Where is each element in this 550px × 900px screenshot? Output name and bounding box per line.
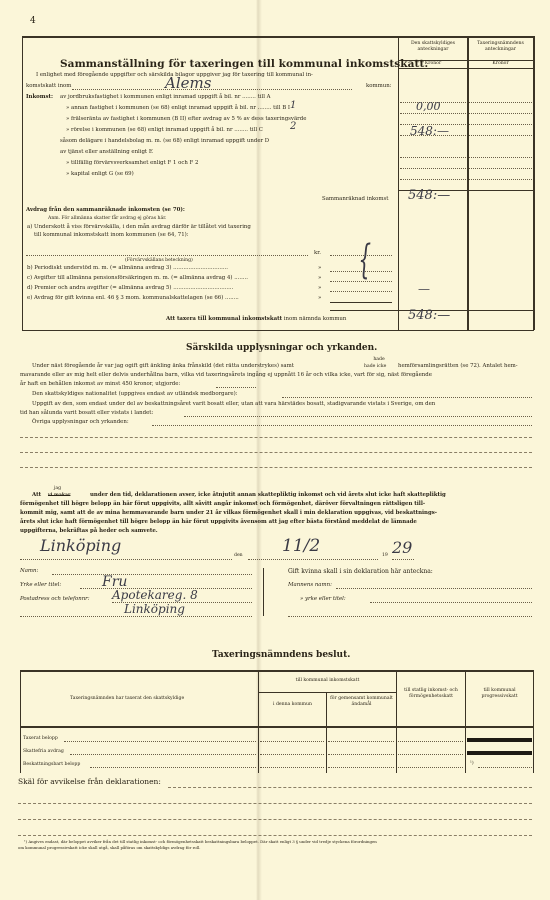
page-number: 4 bbox=[30, 16, 36, 26]
decision-row-header: Taxeringsnämnden har taxerat den skattsk… bbox=[70, 696, 184, 702]
title-label: Yrke eller titel: bbox=[20, 582, 61, 589]
intro-suffix: kommun: bbox=[366, 83, 392, 90]
section1-title: Sammanställning för taxeringen till komm… bbox=[60, 58, 428, 70]
decision-group-header: till kommunal inkomstskatt bbox=[259, 678, 396, 684]
taxable-field-3[interactable] bbox=[398, 767, 463, 768]
value-business[interactable]: 548:— bbox=[410, 124, 449, 138]
place-handwritten[interactable]: Linköping bbox=[40, 536, 121, 555]
residence-line-2: tid han sålunda varit bosatt eller vista… bbox=[20, 410, 153, 417]
income-row-2: » annan fastighet i kommunen (se 68) enl… bbox=[66, 105, 290, 112]
col-common-purpose: för gemensamt kommunalt ändamål bbox=[327, 696, 396, 708]
date-handwritten[interactable]: 11/2 bbox=[282, 536, 320, 556]
deduction-row-b: b) Periodiskt understöd m. m. (= allmänn… bbox=[27, 265, 228, 272]
income-row-8: » kapital enligt G (se 69) bbox=[66, 171, 134, 178]
board-kronor-label: Kronor bbox=[468, 61, 533, 67]
address-label: Postadress och telefonnr: bbox=[20, 596, 90, 603]
col-this-municipality: i denna kommun bbox=[259, 702, 326, 708]
name-field[interactable] bbox=[52, 574, 252, 575]
hade-icke: hade icke bbox=[364, 364, 386, 370]
affirmation-line-3: kommit mig, samt att de av mina hemmavar… bbox=[20, 510, 437, 517]
col-progressive-tax: till kommunal progressivskatt bbox=[466, 688, 533, 700]
affirmation-struck: vi makar bbox=[48, 493, 70, 499]
section1-bottom bbox=[22, 330, 534, 331]
municipality-handwritten[interactable]: Alems bbox=[165, 74, 211, 92]
year-handwritten[interactable]: 29 bbox=[392, 538, 412, 557]
deduction-row-e: e) Avdrag för gift kvinna enl. 46 § 3 mo… bbox=[27, 295, 239, 302]
top-rule bbox=[22, 36, 534, 38]
deduction-a-line-2: till kommunal inkomstskatt inom kommunen… bbox=[34, 232, 189, 239]
taxable-field-2[interactable] bbox=[328, 767, 394, 768]
nationality-label: Den skattskyldiges nationalitet (uppgive… bbox=[32, 391, 238, 398]
taxed-amount-field-2[interactable] bbox=[328, 741, 394, 742]
sum-value[interactable]: 548:— bbox=[408, 188, 450, 203]
address-value-line-2[interactable]: Linköping bbox=[124, 602, 185, 616]
footnote-line-2: om kommunal progressivskatt icke skall u… bbox=[18, 845, 201, 850]
deduction-row-d: d) Premier och andra avgifter (= allmänn… bbox=[27, 285, 233, 292]
taxable-value[interactable]: 548:— bbox=[408, 308, 450, 323]
income-row-3: » frälseränta av fastighet i kommunen (B… bbox=[66, 116, 306, 123]
taxable-label: Att taxera till kommunal inkomstskatt in… bbox=[166, 316, 346, 323]
row-taxed-amount: Taxerat belopp bbox=[23, 736, 58, 742]
handwritten-brace: { bbox=[358, 240, 371, 280]
footnote-line-1: ¹) Angives endast, där beloppet avviker … bbox=[24, 839, 377, 844]
col-divider-1 bbox=[398, 36, 399, 330]
taxpayer-col-header: Den skattskyldiges anteckningar bbox=[399, 41, 467, 53]
affirmation-line-4: årets slut icke haft förmögenhet till hö… bbox=[20, 519, 417, 526]
sum-label: Sammanräknad inkomst bbox=[322, 196, 388, 203]
right-frame bbox=[533, 36, 535, 330]
taxable-field-1[interactable] bbox=[260, 767, 324, 768]
tax-form-page: 4 Den skattskyldiges anteckningar Taxeri… bbox=[0, 0, 550, 900]
deduction-e-value[interactable]: — bbox=[418, 282, 430, 296]
col-state-tax: till statlig inkomst- och förmögenhetssk… bbox=[397, 688, 465, 700]
section2-title: Särskilda upplysningar och yrkanden. bbox=[186, 343, 377, 353]
blackout-bar bbox=[467, 738, 532, 742]
deductions-title: Avdrag från den sammanräknade inkomsten … bbox=[26, 207, 185, 214]
husband-name-field[interactable] bbox=[336, 588, 532, 589]
decision-table-top bbox=[20, 670, 534, 672]
reasons-field[interactable] bbox=[168, 787, 532, 788]
deductions-note: Anm. För allmänna skatter får avdrag ej … bbox=[48, 216, 166, 222]
deduction-a-subcaption: (Förvärvskällans beteckning) bbox=[125, 258, 193, 264]
deduction-kr-label: kr. bbox=[314, 250, 321, 257]
left-frame bbox=[22, 36, 23, 330]
deduction-field-2[interactable] bbox=[328, 754, 394, 755]
deduction-field-1[interactable] bbox=[260, 754, 324, 755]
husband-title-label: » yrke eller titel: bbox=[300, 596, 346, 603]
affirmation-att: Att bbox=[32, 492, 41, 499]
income-row-4: » rörelse i kommunen (se 68) enligt inra… bbox=[66, 127, 263, 134]
income-row-7: » tillfällig förvärvsverksamhet enligt F… bbox=[66, 160, 198, 167]
deduction-row-c: c) Avgifter till allmänna pensionsförsäk… bbox=[27, 275, 248, 282]
year-prefix: 19 bbox=[382, 553, 388, 559]
affirmation-line-1: under den tid, deklarationen avser, icke… bbox=[90, 492, 446, 499]
deduction-a-line-1: a) Underskott å viss förvärvskälla, i de… bbox=[27, 224, 251, 231]
blackout-bar bbox=[467, 751, 532, 755]
hade-top: hade bbox=[364, 357, 394, 363]
residence-line-1: Uppgift av den, som endast under del av … bbox=[32, 401, 435, 408]
den-label: den bbox=[234, 553, 243, 559]
footnote-marker: ¹) bbox=[470, 761, 474, 767]
income-row-5: såsom delägare i handelsbolag m. m. (se … bbox=[60, 138, 269, 145]
affirmation-line-5: uppgifterna, bekräftas på heder och samv… bbox=[20, 528, 158, 535]
address-value-line-1[interactable]: Apotekareg. 8 bbox=[112, 588, 198, 602]
deduction-field-3[interactable] bbox=[398, 754, 463, 755]
husband-title-field[interactable] bbox=[370, 602, 532, 603]
income-label: Inkomst: bbox=[26, 94, 53, 101]
bil-number-b1[interactable]: 1 bbox=[290, 100, 296, 111]
decision-header-bottom bbox=[20, 726, 534, 728]
marital-line-end: hemförsamlingsrätten (se 72). Antalet he… bbox=[398, 363, 518, 370]
row-tax-free-deductions: Skattefria avdrag bbox=[23, 749, 64, 755]
signature-divider bbox=[263, 568, 264, 616]
bil-number-c[interactable]: 2 bbox=[290, 121, 296, 132]
income-row-6: av tjänst eller anställning enligt E bbox=[60, 149, 153, 156]
taxed-amount-field-1[interactable] bbox=[260, 741, 324, 742]
taxed-amount-field-3[interactable] bbox=[398, 741, 463, 742]
married-heading: Gift kvinna skall i sin deklaration här … bbox=[288, 568, 433, 575]
income-row-1: av jordbruksfastighet i kommunen enligt … bbox=[60, 94, 271, 101]
husband-name-label: Mannens namn: bbox=[288, 582, 332, 589]
reasons-label: Skäl för avvikelse från deklarationen: bbox=[18, 777, 161, 786]
intro-prefix: komstskatt inom bbox=[26, 83, 71, 90]
section3-title: Taxeringsnämndens beslut. bbox=[212, 650, 350, 660]
marital-status-line: Under näst föregående år var jag ogift g… bbox=[32, 363, 294, 370]
children-line-end: år haft en behållen inkomst av minst 450… bbox=[20, 381, 180, 388]
board-col-header: Taxeringsnämndens anteckningar bbox=[468, 41, 533, 53]
name-label: Namn: bbox=[20, 568, 38, 575]
other-info-label: Övriga upplysningar och yrkanden: bbox=[32, 419, 129, 426]
row-taxable-amount: Beskattningsbart belopp bbox=[23, 762, 80, 768]
col-divider-2 bbox=[467, 36, 469, 330]
affirmation-line-2: förmögenhet till högre belopp än här för… bbox=[20, 501, 425, 508]
taxable-field-4[interactable] bbox=[478, 767, 532, 768]
affirmation-jag: jag bbox=[54, 486, 61, 492]
value-other-property[interactable]: 0,00 bbox=[416, 100, 441, 113]
children-line: mavarande eller av mig helt eller delvis… bbox=[20, 372, 432, 379]
